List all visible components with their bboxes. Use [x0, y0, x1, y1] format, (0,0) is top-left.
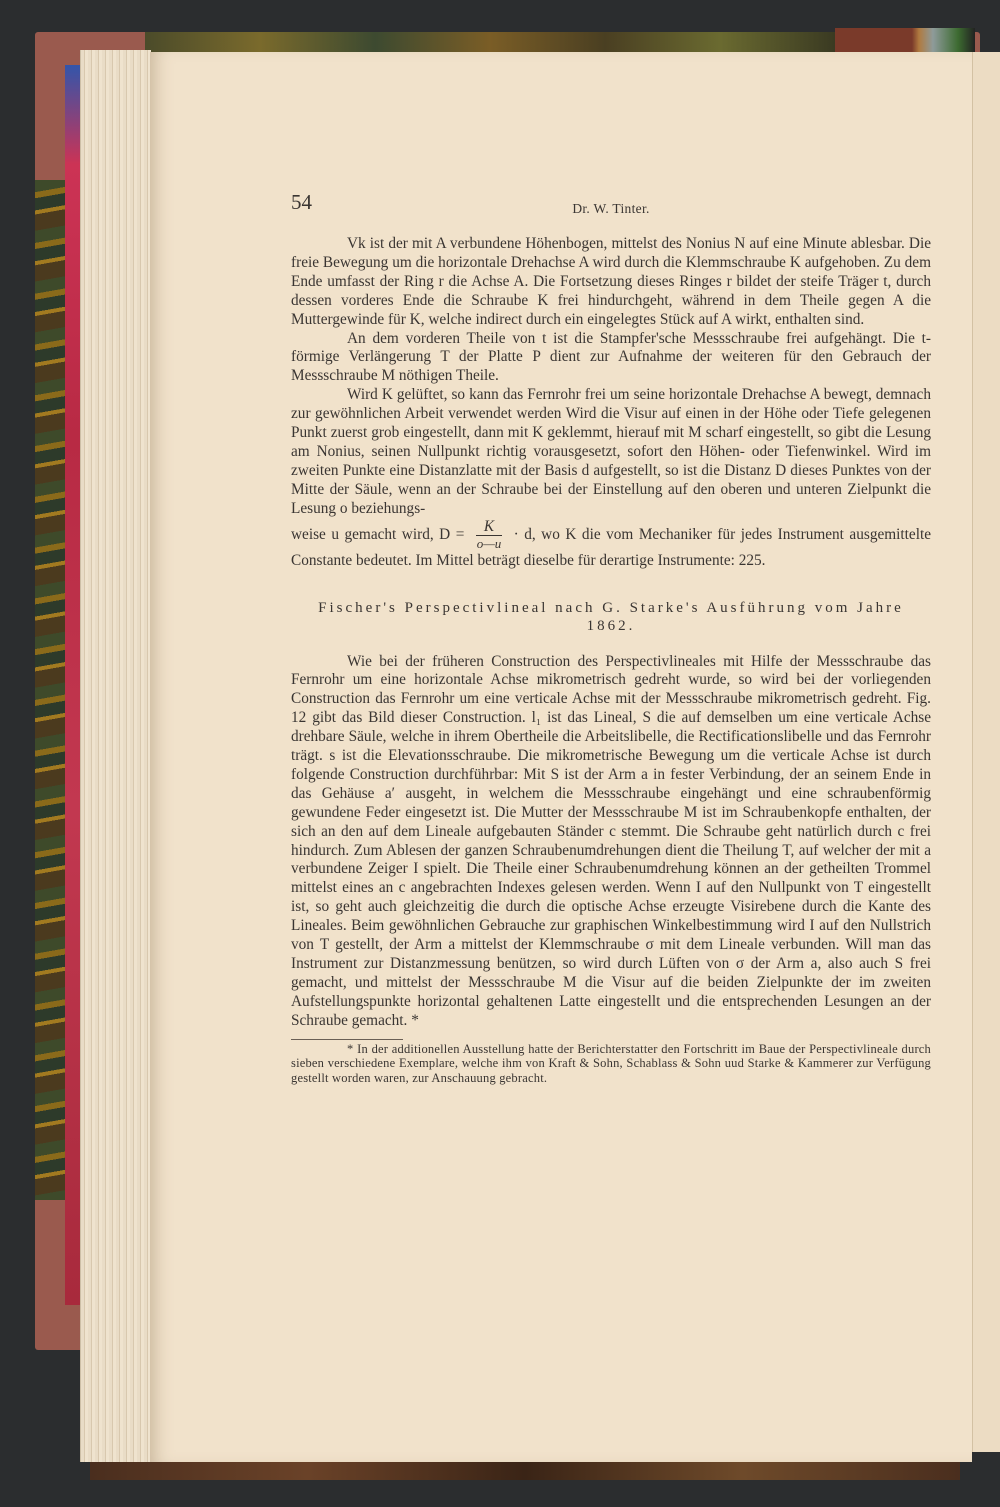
fraction-denominator: o—u: [476, 536, 502, 552]
paragraph: Vk ist der mit A verbundene Höhenbogen, …: [291, 235, 931, 330]
marbled-page-edge: [65, 65, 81, 1305]
marbled-endpaper: [35, 180, 65, 1200]
footnote: * In der additionellen Ausstellung hatte…: [291, 1042, 931, 1086]
formula-paragraph: weise u gemacht wird, D = K o—u · d, wo …: [291, 519, 931, 571]
marbled-cover-top: [145, 32, 835, 52]
footnote-divider: [291, 1039, 403, 1040]
paragraph: Wie bei der früheren Construction des Pe…: [291, 653, 931, 1031]
fraction-numerator: K: [476, 519, 502, 536]
fraction: K o—u: [476, 519, 502, 552]
paragraph: Wird K gelüftet, so kann das Fernrohr fr…: [291, 386, 931, 518]
page-stack-edges: [80, 50, 151, 1462]
formula-text-before: weise u gemacht wird, D =: [291, 526, 464, 543]
section-heading: Fischer's Perspectivlineal nach G. Stark…: [291, 599, 931, 635]
cover-corner: [835, 28, 975, 52]
facing-page-edge: [972, 52, 1000, 1452]
page-header: 54 Dr. W. Tinter.: [291, 195, 931, 225]
paragraph: An dem vorderen Theile von t ist die Sta…: [291, 330, 931, 387]
page-text-block: 54 Dr. W. Tinter. Vk ist der mit A verbu…: [291, 195, 931, 1085]
running-head: Dr. W. Tinter.: [291, 200, 931, 219]
